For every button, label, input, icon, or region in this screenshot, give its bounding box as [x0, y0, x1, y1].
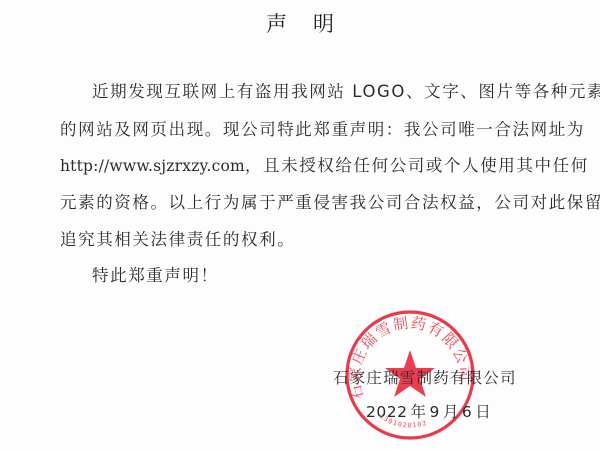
date-year-unit: 年 — [410, 403, 426, 421]
closing-statement: 特此郑重声明！ — [92, 266, 219, 286]
date-year: 2022 — [366, 403, 407, 421]
date-month-unit: 月 — [443, 403, 459, 421]
paragraph-line-3: http://www.sjzrxzy.com，且未授权给任何公司或个人使用其中任… — [60, 156, 589, 176]
paragraph-line-3-rest: ，且未授权给任何公司或个人使用其中任何 — [245, 156, 589, 175]
paragraph-line-5: 追究其相关法律责任的权利。 — [60, 230, 295, 250]
date-day-unit: 日 — [475, 403, 491, 421]
paragraph-line-1: 近期发现互联网上有盗用我网站 LOGO、文字、图片等各种元素 — [92, 82, 600, 102]
website-url: http://www.sjzrxzy.com — [60, 157, 245, 175]
date-day: 6 — [462, 403, 472, 421]
date-month: 9 — [429, 403, 439, 421]
signing-company: 石家庄瑞雪制药有限公司 — [333, 366, 517, 388]
document-page: 声明 近期发现互联网上有盗用我网站 LOGO、文字、图片等各种元素 的网站及网页… — [0, 0, 600, 450]
paragraph-line-4: 元素的资格。以上行为属于严重侵害我公司合法权益，公司对此保留 — [60, 193, 600, 213]
page-title: 声明 — [0, 8, 600, 38]
signing-date: 2022年9月6日 — [366, 400, 494, 422]
paragraph-line-2: 的网站及网页出现。现公司特此郑重声明：我公司唯一合法网址为 — [60, 120, 585, 140]
